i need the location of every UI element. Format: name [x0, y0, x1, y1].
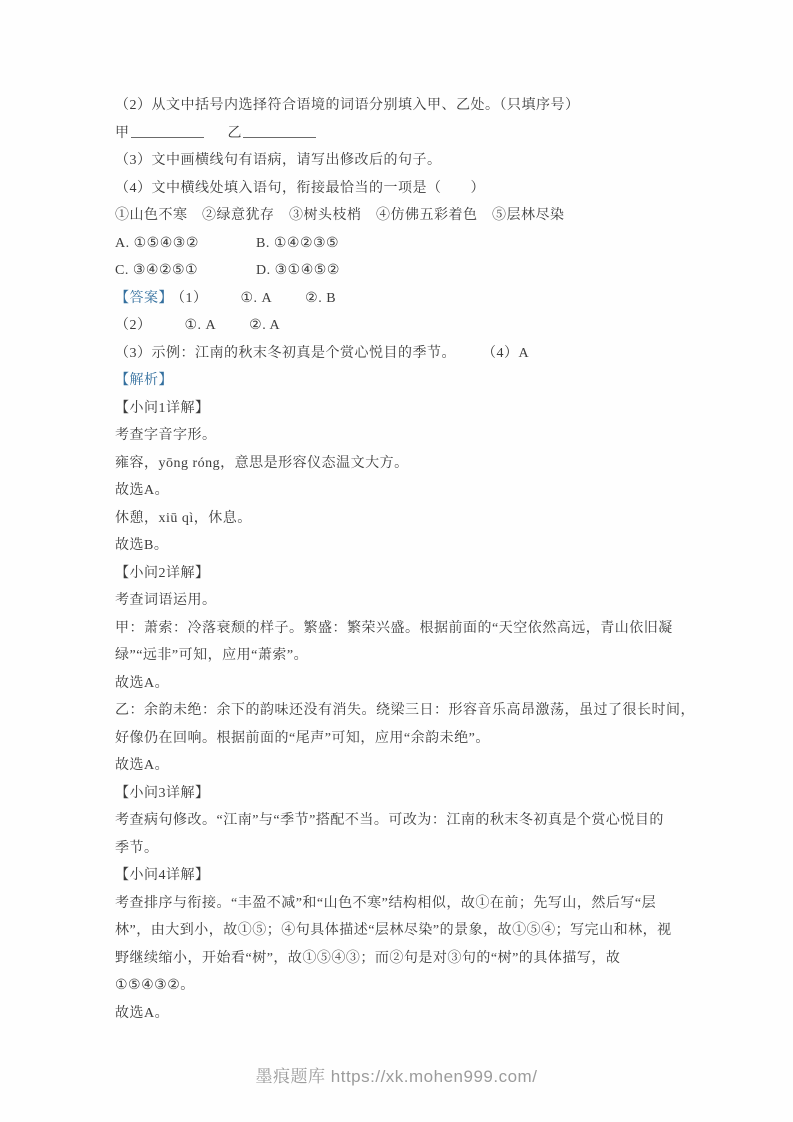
body-text: 【小问1详解】 — [115, 401, 210, 416]
body-text: （2）从文中括号内选择符合语境的词语分别填入甲、乙处。（只填序号） — [115, 98, 580, 113]
text-line: ①⑤④③②。 — [115, 972, 687, 1000]
text-line: （2）从文中括号内选择符合语境的词语分别填入甲、乙处。（只填序号） — [115, 92, 687, 120]
body-text: （4）文中横线处填入语句，衔接最恰当的一项是（ ） — [115, 181, 485, 196]
option-cell: D. ③①④⑤② — [256, 263, 340, 278]
text-line: 故选A。 — [115, 1000, 687, 1028]
body-text: 乙：余韵未绝：余下的韵味还没有消失。绕梁三日：形容音乐高昂激荡，虽过了很长时间， — [115, 703, 695, 718]
answer-part: （1） — [178, 291, 208, 306]
body-text: ①⑤④③②。 — [115, 978, 195, 993]
text-line: 雍容，yōng róng，意思是形容仪态温文大方。 — [115, 450, 687, 478]
text-line: 故选A。 — [115, 752, 687, 780]
answer-part: ②. B — [305, 291, 336, 306]
fill-blank-line: 甲乙 — [115, 120, 687, 148]
document-content: （2）从文中括号内选择符合语境的词语分别填入甲、乙处。（只填序号）甲乙（3）文中… — [115, 92, 687, 1027]
text-line: 考查词语运用。 — [115, 587, 687, 615]
option-cell: B. ①④②③⑤ — [256, 236, 339, 251]
fill-blank-underline — [131, 123, 204, 138]
text-line: 考查病句修改。“江南”与“季节”搭配不当。可改为：江南的秋末冬初真是个赏心悦目的 — [115, 807, 687, 835]
text-line: （4）文中横线处填入语句，衔接最恰当的一项是（ ） — [115, 175, 687, 203]
body-text: 林”，由大到小，故①⑤；④句具体描述“层林尽染”的景象，故①⑤④；写完山和林，视 — [115, 923, 672, 938]
section-label-line: 【解析】 — [115, 367, 687, 395]
body-text: ①山色不寒 ②绿意犹存 ③树头枝梢 ④仿佛五彩着色 ⑤层林尽染 — [115, 208, 565, 223]
body-text: 考查字音字形。 — [115, 428, 217, 443]
body-text: （3）文中画横线句有语病，请写出修改后的句子。 — [115, 153, 442, 168]
answer-part: ①. A — [185, 318, 217, 333]
body-text: 休憩，xiū qì，休息。 — [115, 511, 252, 526]
body-text: 甲：萧索：冷落衰颓的样子。繁盛：繁荣兴盛。根据前面的“天空依然高远，青山依旧凝 — [115, 621, 673, 636]
body-text: 【小问4详解】 — [115, 868, 210, 883]
text-line: 野继续缩小，开始看“树”，故①⑤④③；而②句是对③句的“树”的具体描写，故 — [115, 945, 687, 973]
document-page: （2）从文中括号内选择符合语境的词语分别填入甲、乙处。（只填序号）甲乙（3）文中… — [0, 0, 793, 1122]
option-cell: A. ①⑤④③② — [115, 230, 256, 258]
text-line: 考查字音字形。 — [115, 422, 687, 450]
blank-label-jia: 甲 — [115, 126, 130, 141]
answer-part: （3）示例：江南的秋末冬初真是个赏心悦目的季节。 — [115, 346, 456, 361]
text-line: 故选B。 — [115, 532, 687, 560]
answer-label: 【答案】 — [115, 291, 173, 306]
text-line: 故选A。 — [115, 670, 687, 698]
answer-line: 【答案】（1）①. A②. B — [115, 285, 687, 313]
page-footer: 墨痕题库 https://xk.mohen999.com/ — [0, 1062, 793, 1087]
body-text: 故选A。 — [115, 758, 169, 773]
blank-label-yi: 乙 — [228, 126, 243, 141]
answer-line: （3）示例：江南的秋末冬初真是个赏心悦目的季节。（4）A — [115, 340, 687, 368]
text-line: 考查排序与衔接。“丰盈不减”和“山色不寒”结构相似，故①在前；先写山，然后写“层 — [115, 890, 687, 918]
text-line: 【小问1详解】 — [115, 395, 687, 423]
options-row: C. ③④②⑤①D. ③①④⑤② — [115, 257, 687, 285]
body-text: 考查排序与衔接。“丰盈不减”和“山色不寒”结构相似，故①在前；先写山，然后写“层 — [115, 896, 656, 911]
body-text: 【小问3详解】 — [115, 786, 210, 801]
text-line: 绿”“远非”可知，应用“萧索”。 — [115, 642, 687, 670]
analysis-label: 【解析】 — [115, 373, 173, 388]
fill-blank-underline — [243, 123, 316, 138]
body-text: 考查病句修改。“江南”与“季节”搭配不当。可改为：江南的秋末冬初真是个赏心悦目的 — [115, 813, 664, 828]
footer-watermark-text: 墨痕题库 https://xk.mohen999.com/ — [256, 1067, 538, 1086]
body-text: 故选B。 — [115, 538, 168, 553]
text-line: 【小问4详解】 — [115, 862, 687, 890]
answer-part: ①. A — [241, 291, 273, 306]
text-line: 【小问2详解】 — [115, 560, 687, 588]
body-text: 野继续缩小，开始看“树”，故①⑤④③；而②句是对③句的“树”的具体描写，故 — [115, 951, 620, 966]
text-line: 【小问3详解】 — [115, 780, 687, 808]
body-text: 季节。 — [115, 841, 159, 856]
text-line: 甲：萧索：冷落衰颓的样子。繁盛：繁荣兴盛。根据前面的“天空依然高远，青山依旧凝 — [115, 615, 687, 643]
text-line: 休憩，xiū qì，休息。 — [115, 505, 687, 533]
option-cell: C. ③④②⑤① — [115, 257, 256, 285]
body-text: 好像仍在回响。根据前面的“尾声”可知，应用“余韵未绝”。 — [115, 731, 490, 746]
text-line: 季节。 — [115, 835, 687, 863]
answer-part: （4）A — [489, 346, 529, 361]
text-line: （3）文中画横线句有语病，请写出修改后的句子。 — [115, 147, 687, 175]
answer-part: ②. A — [249, 318, 280, 333]
text-line: 林”，由大到小，故①⑤；④句具体描述“层林尽染”的景象，故①⑤④；写完山和林，视 — [115, 917, 687, 945]
body-text: 故选A。 — [115, 483, 169, 498]
options-row: A. ①⑤④③②B. ①④②③⑤ — [115, 230, 687, 258]
text-line: 好像仍在回响。根据前面的“尾声”可知，应用“余韵未绝”。 — [115, 725, 687, 753]
answer-line: （2）①. A②. A — [115, 312, 687, 340]
body-text: 考查词语运用。 — [115, 593, 217, 608]
body-text: 【小问2详解】 — [115, 566, 210, 581]
body-text: 故选A。 — [115, 1006, 169, 1021]
text-line: 乙：余韵未绝：余下的韵味还没有消失。绕梁三日：形容音乐高昂激荡，虽过了很长时间， — [115, 697, 687, 725]
text-line: 故选A。 — [115, 477, 687, 505]
body-text: 绿”“远非”可知，应用“萧索”。 — [115, 648, 308, 663]
body-text: 雍容，yōng róng，意思是形容仪态温文大方。 — [115, 456, 409, 471]
answer-part: （2） — [115, 318, 152, 333]
body-text: 故选A。 — [115, 676, 169, 691]
text-line: ①山色不寒 ②绿意犹存 ③树头枝梢 ④仿佛五彩着色 ⑤层林尽染 — [115, 202, 687, 230]
